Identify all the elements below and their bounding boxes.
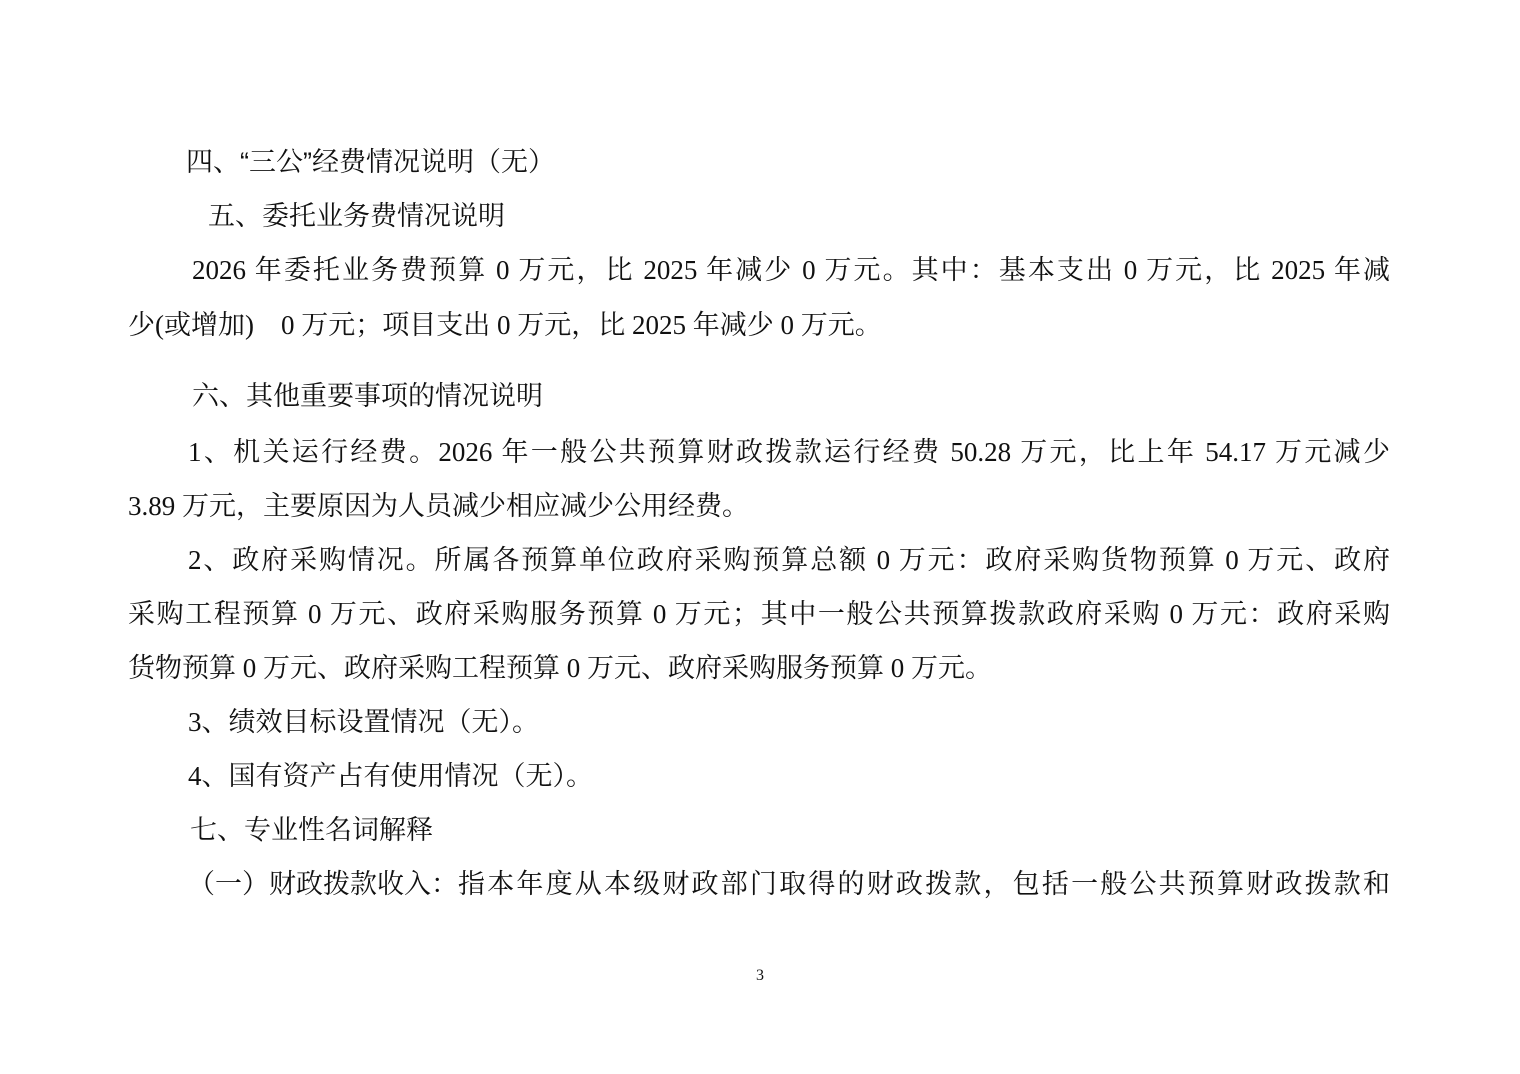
item-1-line-2: 3.89 万元，主要原因为人员减少相应减少公用经费。 [128, 489, 749, 523]
definition-line-1: （一）财政拨款收入： 指本年度从本级财政部门取得的财政拨款，包括一般公共预算财政… [188, 867, 1390, 901]
section-five-heading: 五、委托业务费情况说明 [208, 199, 505, 233]
page-number: 3 [0, 966, 1520, 986]
definition-term: （一）财政拨款收入： [188, 867, 458, 901]
item-2-line-2: 采购工程预算 0 万元、政府采购服务预算 0 万元；其中一般公共预算拨款政府采购… [128, 597, 1390, 631]
section-five-paragraph-line-1: 2026 年委托业务费预算 0 万元，比 2025 年减少 0 万元。其中：基本… [192, 253, 1390, 287]
item-2-line-1: 2、政府采购情况。所属各预算单位政府采购预算总额 0 万元：政府采购货物预算 0… [188, 543, 1390, 577]
section-six-heading: 六、其他重要事项的情况说明 [192, 379, 543, 413]
section-four-heading: 四、“三公”经费情况说明（无） [186, 145, 555, 179]
section-five-paragraph-line-2: 少(或增加) 0 万元；项目支出 0 万元，比 2025 年减少 0 万元。 [128, 308, 882, 342]
section-seven-heading: 七、专业性名词解释 [190, 813, 433, 847]
definition-text: 指本年度从本级财政部门取得的财政拨款，包括一般公共预算财政拨款和 [458, 867, 1390, 901]
item-2-line-3: 货物预算 0 万元、政府采购工程预算 0 万元、政府采购服务预算 0 万元。 [128, 651, 992, 685]
item-3-line-1: 3、绩效目标设置情况（无）。 [188, 705, 539, 739]
document-page: 四、“三公”经费情况说明（无） 五、委托业务费情况说明 2026 年委托业务费预… [0, 0, 1520, 1074]
item-1-line-1: 1、机关运行经费。2026 年一般公共预算财政拨款运行经费 50.28 万元，比… [188, 435, 1390, 469]
item-4-line-1: 4、国有资产占有使用情况（无）。 [188, 759, 593, 793]
